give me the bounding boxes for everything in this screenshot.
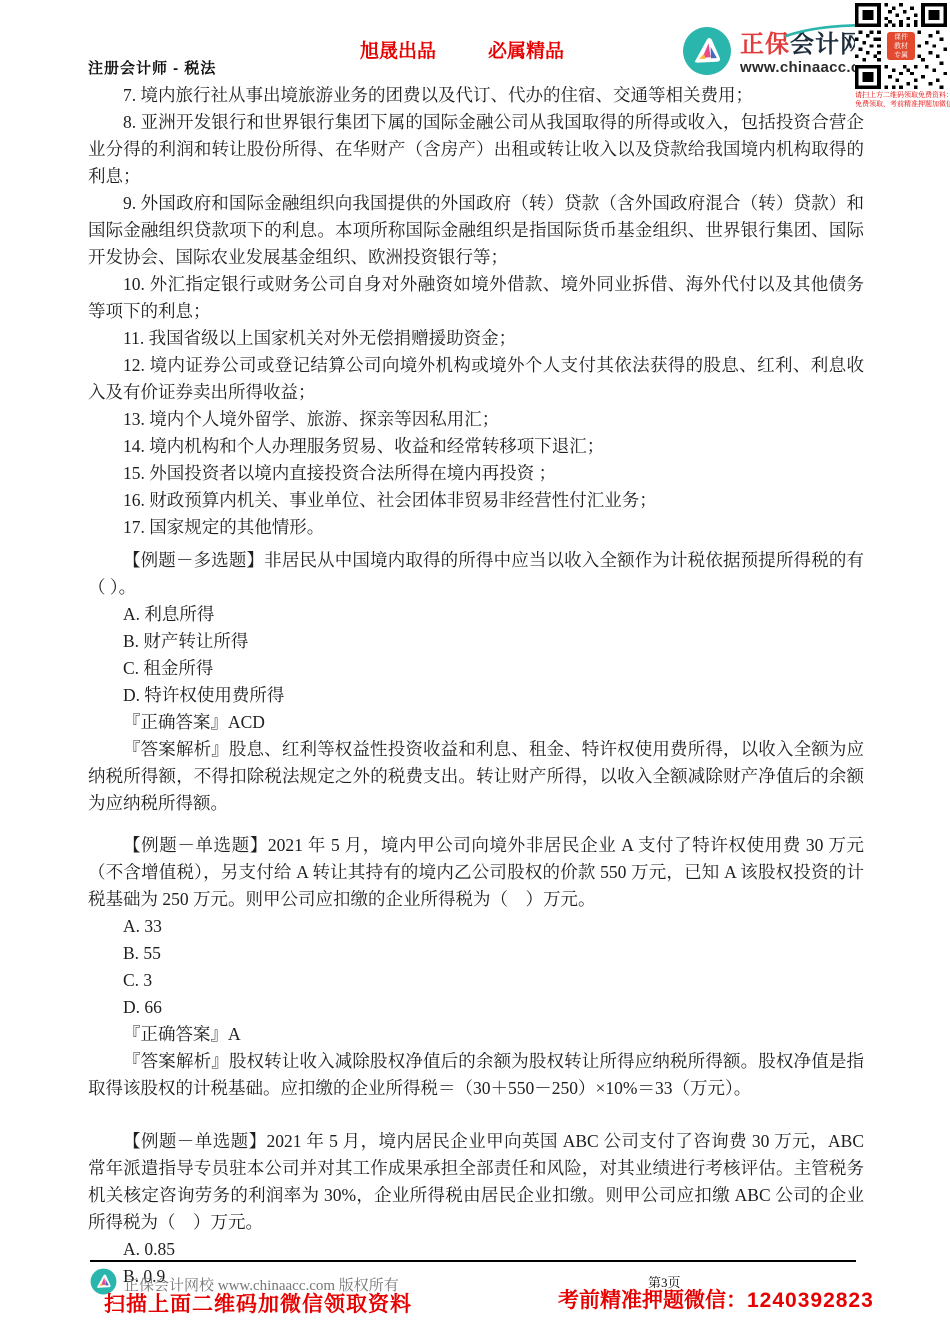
list-item: 7. 境内旅行社从事出境旅游业务的团费以及代订、代办的住宿、交通等相关费用； (88, 82, 864, 109)
list-item: 17. 国家规定的其他情形。 (88, 514, 864, 541)
slogan-right: 必属精品 (488, 36, 564, 63)
option-a: A. 0.85 (88, 1236, 864, 1263)
list-item: 13. 境内个人境外留学、旅游、探亲等因私用汇； (88, 406, 864, 433)
answer-analysis: 『答案解析』股息、红利等权益性投资收益和利息、租金、特许权使用费所得，以收入全额… (88, 736, 864, 817)
option-d: D. 66 (88, 994, 864, 1021)
option-c: C. 3 (88, 967, 864, 994)
footer-divider (90, 1260, 856, 1262)
wechat-tip-label: 考前精准押题微信： (558, 1289, 747, 1312)
answer-analysis: 『答案解析』股权转让收入减除股权净值后的余额为股权转让所得应纳税所得额。股权净值… (88, 1048, 864, 1102)
qr-center-label: 课件 教材 专属 (886, 31, 916, 61)
question-stem: 【例题－单选题】2021 年 5 月，境内甲公司向境外非居民企业 A 支付了特许… (88, 832, 864, 913)
option-d: D. 特许权使用费所得 (88, 682, 864, 709)
list-item: 10. 外汇指定银行或财务公司自身对外融资如境外借款、境外同业拆借、海外代付以及… (88, 271, 864, 325)
footer-scan-tip: 扫描上面二维码加微信领取资料 (104, 1288, 412, 1318)
list-item: 9. 外国政府和国际金融组织向我国提供的外国政府（转）贷款（含外国政府混合（转）… (88, 190, 864, 271)
header-slogans: 旭晟出品 必属精品 (360, 36, 564, 63)
footer-wechat-tip: 考前精准押题微信：1240392823 (558, 1284, 874, 1314)
question-block-2: 【例题－单选题】2021 年 5 月，境内甲公司向境外非居民企业 A 支付了特许… (88, 832, 864, 1102)
qr-caption-line1: 请扫上方二维码领取免费资料：1240392823 (855, 91, 947, 100)
list-item: 8. 亚洲开发银行和世界银行集团下属的国际金融公司从我国取得的所得或收入，包括投… (88, 109, 864, 190)
list-item: 11. 我国省级以上国家机关对外无偿捐赠援助资金； (88, 325, 864, 352)
brand-circle-icon (682, 26, 732, 81)
correct-answer: 『正确答案』A (88, 1021, 864, 1048)
option-c: C. 租金所得 (88, 655, 864, 682)
qr-caption-line2: 免费领取，考前精准押题加微信：1240392823 (855, 100, 947, 109)
list-item: 12. 境内证券公司或登记结算公司向境外机构或境外个人支付其依法获得的股息、红利… (88, 352, 864, 406)
option-b: B. 55 (88, 940, 864, 967)
qr-code-icon: 课件 教材 专属 (855, 3, 947, 89)
option-a: A. 利息所得 (88, 601, 864, 628)
question-block-1: 【例题－多选题】非居民从中国境内取得的所得中应当以收入全额作为计税依据预提所得税… (88, 547, 864, 817)
qr-captions: 请扫上方二维码领取免费资料：1240392823 免费领取，考前精准押题加微信：… (855, 91, 947, 109)
document-body: 7. 境内旅行社从事出境旅游业务的团费以及代订、代办的住宿、交通等相关费用； 8… (88, 82, 864, 1290)
list-item: 15. 外国投资者以境内直接投资合法所得在境内再投资 ； (88, 460, 864, 487)
option-b: B. 财产转让所得 (88, 628, 864, 655)
option-a: A. 33 (88, 913, 864, 940)
qr-code-block: 课件 教材 专属 请扫上方二维码领取免费资料：1240392823 免费领取，考… (855, 3, 947, 109)
correct-answer: 『正确答案』ACD (88, 709, 864, 736)
document-page: 旭晟出品 必属精品 注册会计师 - 税法 正保会计网校 www.chinaacc… (0, 0, 950, 1344)
slogan-left: 旭晟出品 (360, 36, 436, 63)
list-item: 16. 财政预算内机关、事业单位、社会团体非贸易非经营性付汇业务； (88, 487, 864, 514)
wechat-number: 1240392823 (747, 1289, 874, 1312)
question-block-3: 【例题－单选题】2021 年 5 月，境内居民企业甲向英国 ABC 公司支付了咨… (88, 1128, 864, 1290)
question-stem: 【例题－多选题】非居民从中国境内取得的所得中应当以收入全额作为计税依据预提所得税… (88, 547, 864, 601)
question-stem: 【例题－单选题】2021 年 5 月，境内居民企业甲向英国 ABC 公司支付了咨… (88, 1128, 864, 1236)
list-item: 14. 境内机构和个人办理服务贸易、收益和经常转移项下退汇； (88, 433, 864, 460)
course-title: 注册会计师 - 税法 (88, 57, 216, 78)
